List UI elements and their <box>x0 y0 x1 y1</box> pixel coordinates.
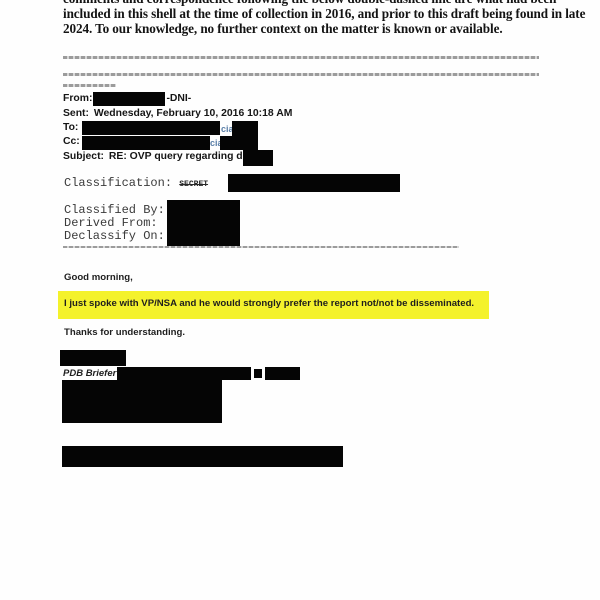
intro-paragraph: comments and correspondence following th… <box>63 0 553 36</box>
sent-label: Sent: <box>63 108 89 119</box>
intro-line: included in this shell at the time of co… <box>63 6 553 21</box>
closing: Thanks for understanding. <box>64 327 185 338</box>
intro-line: 2024. To our knowledge, no further conte… <box>63 21 553 36</box>
redaction-cc-end <box>220 136 258 150</box>
signature-title: PDB Briefer <box>63 368 116 379</box>
subject-label: Subject: <box>63 151 104 162</box>
classification-struck-value: SECRET <box>179 180 208 189</box>
document-page: comments and correspondence following th… <box>0 0 600 600</box>
classification-label: Classification: <box>64 176 172 190</box>
double-dashed-line-top <box>63 56 539 59</box>
classification-line: Classification: SECRET <box>64 177 208 191</box>
redaction-classification <box>228 174 400 192</box>
redaction-signature-small <box>254 369 262 378</box>
sent-line: Sent: Wednesday, February 10, 2016 10:18… <box>63 107 292 121</box>
greeting: Good morning, <box>64 272 133 283</box>
redaction-signature-block <box>62 380 222 423</box>
redaction-signature-name <box>60 350 126 366</box>
redaction-signature-phone <box>265 367 300 380</box>
subject-line: Subject: RE: OVP query regarding draft <box>63 150 259 164</box>
short-dashed-line <box>63 84 116 87</box>
sent-value: Wednesday, February 10, 2016 10:18 AM <box>94 108 292 119</box>
double-dashed-line-bottom <box>63 73 539 76</box>
redaction-signature-line <box>117 367 251 380</box>
to-line: To: <box>63 121 80 135</box>
redaction-footer <box>62 446 343 467</box>
redaction-from <box>93 92 165 106</box>
declassify-on-line: Declassify On: <box>64 230 165 243</box>
highlighted-message: I just spoke with VP/NSA and he would st… <box>64 298 474 309</box>
subject-value: RE: OVP query regarding draft <box>109 151 260 162</box>
redaction-cc <box>82 136 210 150</box>
from-label: From: <box>63 93 92 104</box>
cc-line: Cc: <box>63 135 82 149</box>
redaction-subject <box>243 150 273 166</box>
cc-label: Cc: <box>63 136 80 147</box>
redaction-to <box>82 121 220 135</box>
redaction-classification-details <box>167 200 240 246</box>
classification-dashed-line <box>63 246 459 248</box>
from-suffix: -DNI- <box>166 93 191 104</box>
redaction-to-end <box>232 121 258 137</box>
to-label: To: <box>63 122 78 133</box>
